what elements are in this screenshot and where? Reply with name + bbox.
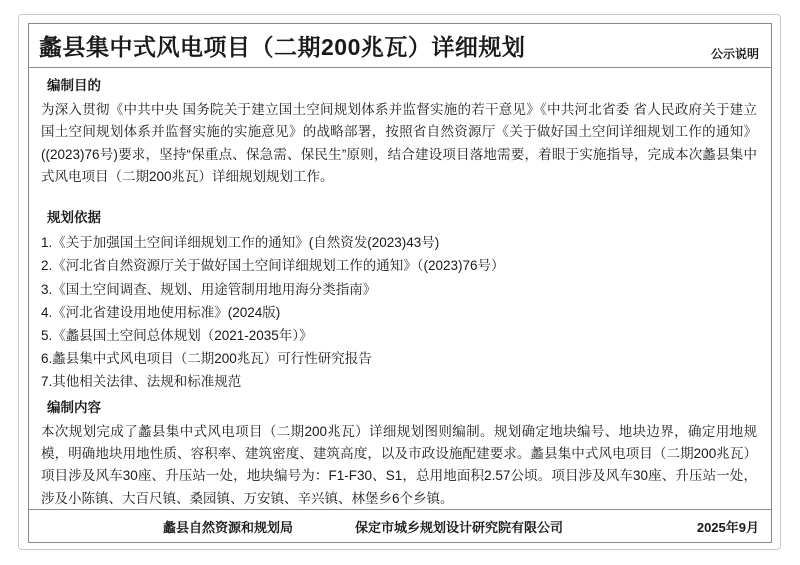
- page-subtitle: 公示说明: [711, 45, 771, 67]
- basis-item: 2.《河北省自然资源厅关于做好国土空间详细规划工作的通知》（(2023)76号）: [41, 254, 757, 277]
- section-content-heading: 编制内容: [47, 398, 757, 418]
- footer-date: 2025年9月: [697, 517, 759, 536]
- section-purpose-heading: 编制目的: [47, 76, 757, 96]
- page-title: 蠡县集中式风电项目（二期200兆瓦）详细规划: [29, 29, 525, 62]
- footer-bar: 蠡县自然资源和规划局 保定市城乡规划设计研究院有限公司 2025年9月: [29, 509, 771, 542]
- basis-item: 3.《国土空间调查、规划、用途管制用地用海分类指南》: [41, 278, 757, 301]
- page-border: 蠡县集中式风电项目（二期200兆瓦）详细规划 公示说明 编制目的 为深入贯彻《中…: [18, 14, 781, 550]
- section-basis: 规划依据 1.《关于加强国土空间详细规划工作的通知》(自然资发(2023)43号…: [41, 208, 757, 393]
- basis-item: 4.《河北省建设用地使用标准》(2024版): [41, 301, 757, 324]
- footer-company: 保定市城乡规划设计研究院有限公司: [355, 517, 563, 536]
- document-page: 蠡县集中式风电项目（二期200兆瓦）详细规划 公示说明 编制目的 为深入贯彻《中…: [0, 0, 800, 565]
- basis-item: 1.《关于加强国土空间详细规划工作的通知》(自然资发(2023)43号): [41, 231, 757, 254]
- section-basis-heading: 规划依据: [47, 208, 757, 228]
- title-bar: 蠡县集中式风电项目（二期200兆瓦）详细规划 公示说明: [29, 24, 771, 68]
- section-purpose-paragraph: 为深入贯彻《中共中央 国务院关于建立国土空间规划体系并监督实施的若干意见》《中共…: [41, 99, 757, 188]
- footer-agency: 蠡县自然资源和规划局: [163, 517, 293, 536]
- section-content-paragraph: 本次规划完成了蠡县集中式风电项目（二期200兆瓦）详细规划图则编制。规划确定地块…: [41, 421, 757, 509]
- section-purpose: 编制目的 为深入贯彻《中共中央 国务院关于建立国土空间规划体系并监督实施的若干意…: [41, 76, 757, 188]
- document-body: 编制目的 为深入贯彻《中共中央 国务院关于建立国土空间规划体系并监督实施的若干意…: [29, 68, 771, 509]
- basis-item: 7.其他相关法律、法规和标准规范: [41, 370, 757, 393]
- section-content: 编制内容 本次规划完成了蠡县集中式风电项目（二期200兆瓦）详细规划图则编制。规…: [41, 398, 757, 509]
- notice-sheet: 蠡县集中式风电项目（二期200兆瓦）详细规划 公示说明 编制目的 为深入贯彻《中…: [28, 23, 772, 543]
- basis-item: 6.蠡县集中式风电项目（二期200兆瓦）可行性研究报告: [41, 347, 757, 370]
- basis-item: 5.《蠡县国土空间总体规划（2021-2035年）》: [41, 324, 757, 347]
